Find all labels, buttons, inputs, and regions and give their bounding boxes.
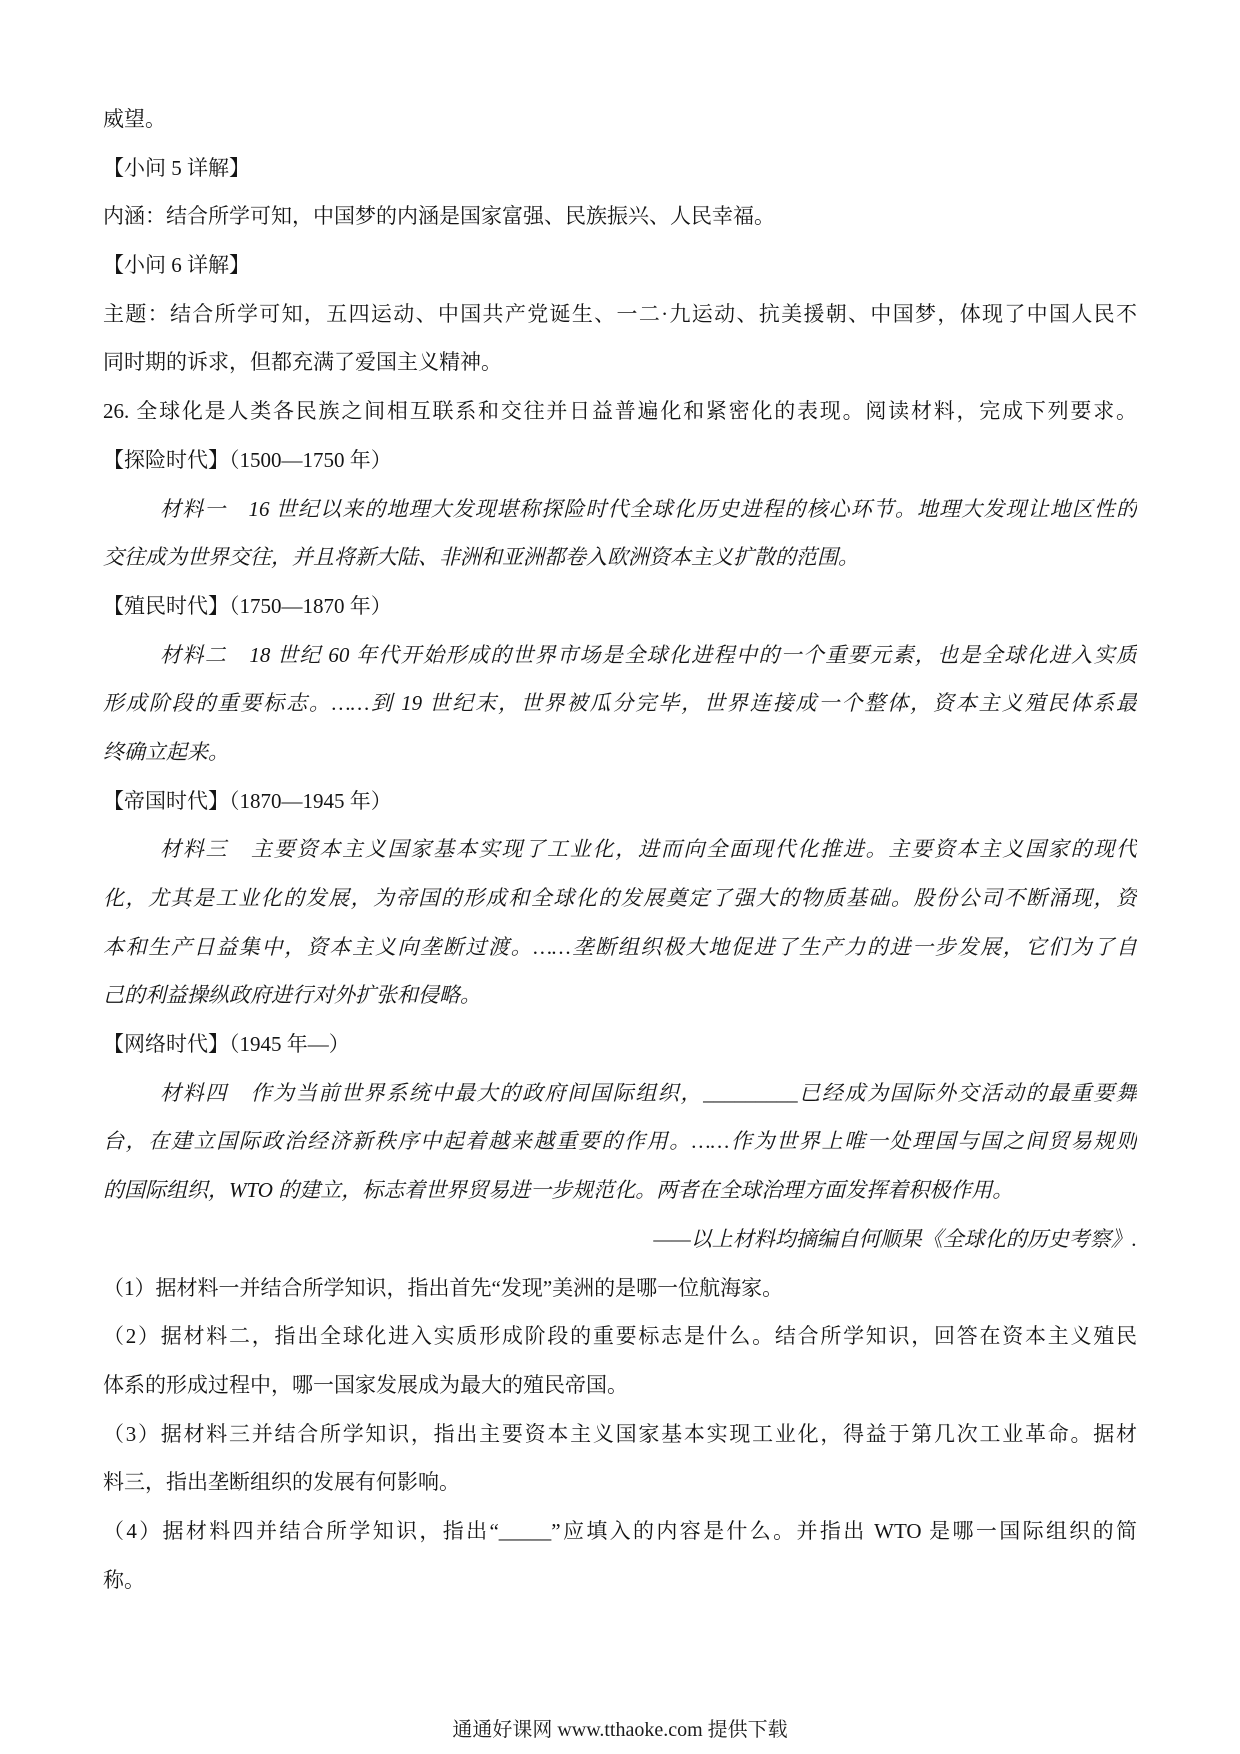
question-26-part-2-line-1: （2）据材料二，指出全球化进入实质形成阶段的重要标志是什么。结合所学知识，回答在…: [103, 1312, 1137, 1361]
material-4-line-2: 台，在建立国际政治经济新秩序中起着越来越重要的作用。……作为世界上唯一处理国与国…: [103, 1117, 1137, 1166]
question-26-part-4-line-1: （4）据材料四并结合所学知识，指出“_____”应填入的内容是什么。并指出 WT…: [103, 1507, 1137, 1556]
question-26-part-3-line-1: （3）据材料三并结合所学知识，指出主要资本主义国家基本实现工业化，得益于第几次工…: [103, 1410, 1137, 1459]
material-2-line-1: 材料二 18 世纪 60 年代开始形成的世界市场是全球化进程中的一个重要元素，也…: [103, 631, 1137, 680]
era-colonial-header: 【殖民时代】（1750—1870 年）: [103, 582, 1137, 631]
question-26-part-4-line-2: 称。: [103, 1556, 1137, 1605]
question-26-part-2-line-2: 体系的形成过程中，哪一国家发展成为最大的殖民帝国。: [103, 1361, 1137, 1410]
subquestion-5-header: 【小问 5 详解】: [103, 144, 1137, 193]
material-2-line-3: 终确立起来。: [103, 728, 1137, 777]
subquestion-6-answer-line-2: 同时期的诉求，但都充满了爱国主义精神。: [103, 338, 1137, 387]
material-1-line-2: 交往成为世界交往，并且将新大陆、非洲和亚洲都卷入欧洲资本主义扩散的范围。: [103, 533, 1137, 582]
document-body: 威望。 【小问 5 详解】 内涵：结合所学可知，中国梦的内涵是国家富强、民族振兴…: [103, 95, 1137, 1604]
material-4-line-1: 材料四 作为当前世界系统中最大的政府间国际组织，_________已经成为国际外…: [103, 1069, 1137, 1118]
material-2-line-2: 形成阶段的重要标志。……到 19 世纪末，世界被瓜分完毕，世界连接成一个整体，资…: [103, 679, 1137, 728]
document-page: 威望。 【小问 5 详解】 内涵：结合所学可知，中国梦的内涵是国家富强、民族振兴…: [0, 0, 1240, 1754]
material-3-line-3: 本和生产日益集中，资本主义向垄断过渡。……垄断组织极大地促进了生产力的进一步发展…: [103, 923, 1137, 972]
era-network-header: 【网络时代】（1945 年—）: [103, 1020, 1137, 1069]
question-26-part-1: （1）据材料一并结合所学知识，指出首先“发现”美洲的是哪一位航海家。: [103, 1264, 1137, 1313]
era-empire-header: 【帝国时代】（1870—1945 年）: [103, 777, 1137, 826]
material-4-line-3: 的国际组织，WTO 的建立，标志着世界贸易进一步规范化。两者在全球治理方面发挥着…: [103, 1166, 1137, 1215]
site-footer: 通通好课网 www.tthaoke.com 提供下载: [0, 1706, 1240, 1754]
material-3-line-1: 材料三 主要资本主义国家基本实现了工业化，进而向全面现代化推进。主要资本主义国家…: [103, 825, 1137, 874]
question-26-stem: 26. 全球化是人类各民族之间相互联系和交往并日益普遍化和紧密化的表现。阅读材料…: [103, 387, 1137, 436]
material-3-line-4: 己的利益操纵政府进行对外扩张和侵略。: [103, 971, 1137, 1020]
subquestion-5-answer: 内涵：结合所学可知，中国梦的内涵是国家富强、民族振兴、人民幸福。: [103, 192, 1137, 241]
material-1-line-1: 材料一 16 世纪以来的地理大发现堪称探险时代全球化历史进程的核心环节。地理大发…: [103, 485, 1137, 534]
subquestion-6-header: 【小问 6 详解】: [103, 241, 1137, 290]
question-26-part-3-line-2: 料三，指出垄断组织的发展有何影响。: [103, 1458, 1137, 1507]
material-3-line-2: 化，尤其是工业化的发展，为帝国的形成和全球化的发展奠定了强大的物质基础。股份公司…: [103, 874, 1137, 923]
answer-prestige-line: 威望。: [103, 95, 1137, 144]
subquestion-6-answer-line-1: 主题：结合所学可知，五四运动、中国共产党诞生、一二·九运动、抗美援朝、中国梦，体…: [103, 290, 1137, 339]
era-exploration-header: 【探险时代】（1500—1750 年）: [103, 436, 1137, 485]
source-attribution: ——以上材料均摘编自何顺果《全球化的历史考察》.: [103, 1215, 1137, 1264]
